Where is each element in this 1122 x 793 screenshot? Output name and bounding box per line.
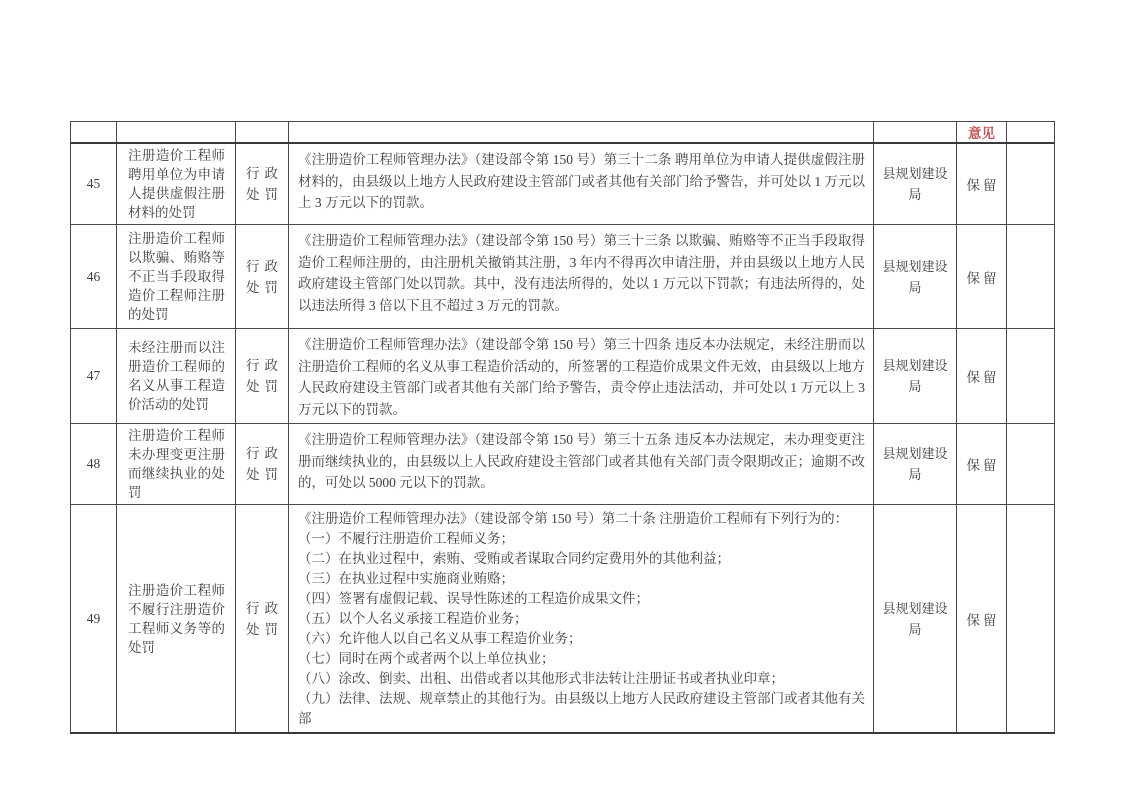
penalty-table: 意见 45 注册造价工程师聘用单位为申请人提供虚假注册材料的处罚 行政处罚 《注… bbox=[70, 121, 1055, 734]
item-name-cell: 注册造价工程师聘用单位为申请人提供虚假注册材料的处罚 bbox=[117, 143, 236, 225]
item-name-cell: 注册造价工程师以欺骗、贿赂等不正当手段取得造价工程师注册的处罚 bbox=[117, 225, 236, 329]
legal-basis-cell: 《注册造价工程师管理办法》（建设部令第 150 号）第三十三条 以欺骗、贿赂等不… bbox=[289, 225, 874, 329]
table-row: 49 注册造价工程师不履行注册造价工程师义务等的处罚 行政处罚 《注册造价工程师… bbox=[71, 505, 1055, 734]
empty-cell bbox=[1007, 329, 1055, 424]
empty-cell bbox=[1007, 143, 1055, 225]
department-cell: 县规划建设局 bbox=[874, 505, 957, 734]
opinion-cell: 保留 bbox=[957, 505, 1007, 734]
row-number-cell: 47 bbox=[71, 329, 117, 424]
header-empty-cell bbox=[289, 122, 874, 144]
row-number-cell: 48 bbox=[71, 424, 117, 505]
table-row: 45 注册造价工程师聘用单位为申请人提供虚假注册材料的处罚 行政处罚 《注册造价… bbox=[71, 143, 1055, 225]
table-row: 47 未经注册而以注册造价工程师的名义从事工程造价活动的处罚 行政处罚 《注册造… bbox=[71, 329, 1055, 424]
legal-basis-cell: 《注册造价工程师管理办法》（建设部令第 150 号）第二十条 注册造价工程师有下… bbox=[289, 505, 874, 734]
empty-cell bbox=[1007, 225, 1055, 329]
opinion-cell: 保留 bbox=[957, 329, 1007, 424]
opinion-cell: 保留 bbox=[957, 143, 1007, 225]
header-empty-cell bbox=[117, 122, 236, 144]
item-name-cell: 注册造价工程师不履行注册造价工程师义务等的处罚 bbox=[117, 505, 236, 734]
penalty-type-cell: 行政处罚 bbox=[236, 225, 289, 329]
table-row: 46 注册造价工程师以欺骗、贿赂等不正当手段取得造价工程师注册的处罚 行政处罚 … bbox=[71, 225, 1055, 329]
penalty-type-cell: 行政处罚 bbox=[236, 424, 289, 505]
row-number-cell: 49 bbox=[71, 505, 117, 734]
department-cell: 县规划建设局 bbox=[874, 143, 957, 225]
header-empty-cell bbox=[1007, 122, 1055, 144]
opinion-cell: 保留 bbox=[957, 225, 1007, 329]
legal-basis-cell: 《注册造价工程师管理办法》（建设部令第 150 号）第三十四条 违反本办法规定，… bbox=[289, 329, 874, 424]
opinion-cell: 保留 bbox=[957, 424, 1007, 505]
penalty-type-cell: 行政处罚 bbox=[236, 505, 289, 734]
table-row: 48 注册造价工程师未办理变更注册而继续执业的处罚 行政处罚 《注册造价工程师管… bbox=[71, 424, 1055, 505]
opinion-column-header: 意见 bbox=[957, 122, 1007, 144]
header-empty-cell bbox=[236, 122, 289, 144]
empty-cell bbox=[1007, 424, 1055, 505]
penalty-type-cell: 行政处罚 bbox=[236, 143, 289, 225]
header-empty-cell bbox=[71, 122, 117, 144]
penalty-type-cell: 行政处罚 bbox=[236, 329, 289, 424]
header-empty-cell bbox=[874, 122, 957, 144]
legal-basis-cell: 《注册造价工程师管理办法》（建设部令第 150 号）第三十五条 违反本办法规定，… bbox=[289, 424, 874, 505]
row-number-cell: 45 bbox=[71, 143, 117, 225]
table-header-row: 意见 bbox=[71, 122, 1055, 144]
item-name-cell: 未经注册而以注册造价工程师的名义从事工程造价活动的处罚 bbox=[117, 329, 236, 424]
legal-basis-cell: 《注册造价工程师管理办法》（建设部令第 150 号）第三十二条 聘用单位为申请人… bbox=[289, 143, 874, 225]
empty-cell bbox=[1007, 505, 1055, 734]
department-cell: 县规划建设局 bbox=[874, 225, 957, 329]
department-cell: 县规划建设局 bbox=[874, 424, 957, 505]
document-page: 意见 45 注册造价工程师聘用单位为申请人提供虚假注册材料的处罚 行政处罚 《注… bbox=[0, 0, 1122, 793]
row-number-cell: 46 bbox=[71, 225, 117, 329]
department-cell: 县规划建设局 bbox=[874, 329, 957, 424]
item-name-cell: 注册造价工程师未办理变更注册而继续执业的处罚 bbox=[117, 424, 236, 505]
